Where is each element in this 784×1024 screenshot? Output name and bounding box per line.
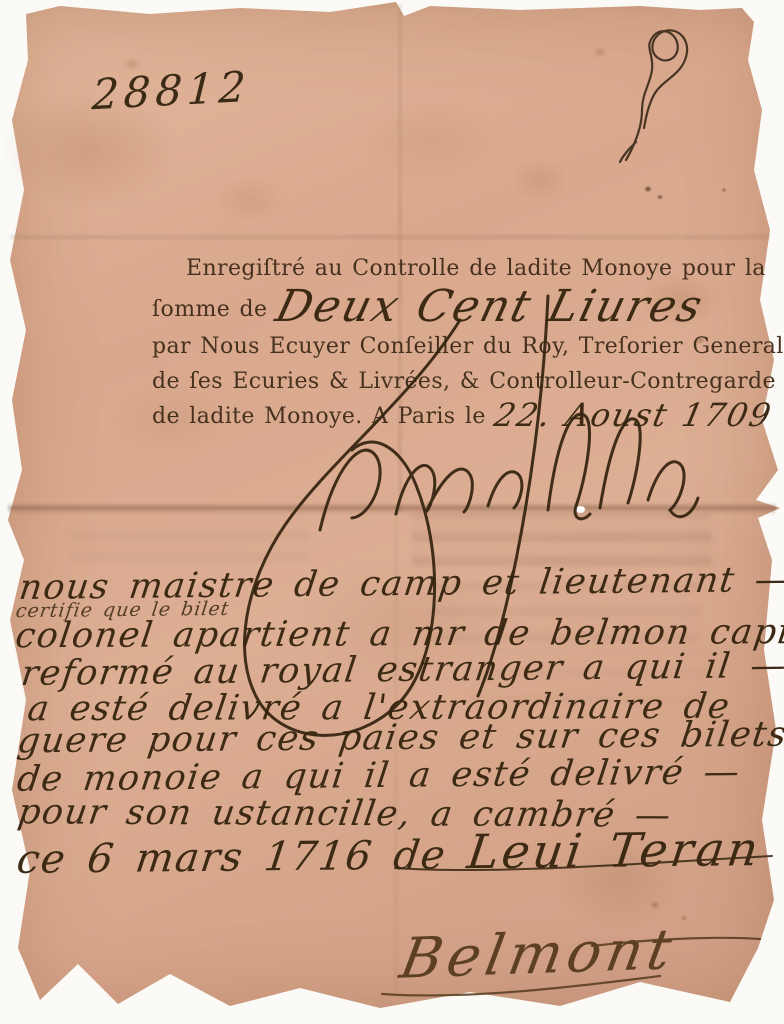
printed-line-2-text: ſomme de (152, 297, 267, 322)
manuscript-signoff-name: Leui Teran (464, 822, 764, 880)
printed-line-1: Enregiſtré au Controlle de ladite Monoye… (186, 256, 766, 281)
printed-line-5-text: de ladite Monoye. A Paris le (152, 404, 486, 429)
inventory-number: 28812 (91, 62, 252, 120)
scan-background: 28812 Enregiſtré au Controlle de ladite … (0, 0, 784, 1024)
printed-line-3: par Nous Ecuyer Conſeiller du Roy, Treſo… (152, 334, 784, 359)
manuscript-line-8: ce 6 mars 1716 de Leui Teran (14, 822, 764, 885)
belmont-signature: Belmont (395, 917, 681, 991)
manuscript-date-place: ce 6 mars 1716 de (14, 832, 470, 883)
printed-line-4: de ſes Ecuries & Livrées, & Controlleur-… (152, 369, 776, 394)
printed-line-5: de ladite Monoye. A Paris le 22. Aoust 1… (152, 402, 772, 429)
printed-line-2: ſomme de Deux Cent Liures (152, 292, 702, 322)
handwritten-sum: Deux Cent Liures (274, 297, 704, 317)
handwritten-date: 22. Aoust 1709 (493, 405, 774, 425)
fold-tear-nick (576, 506, 585, 513)
